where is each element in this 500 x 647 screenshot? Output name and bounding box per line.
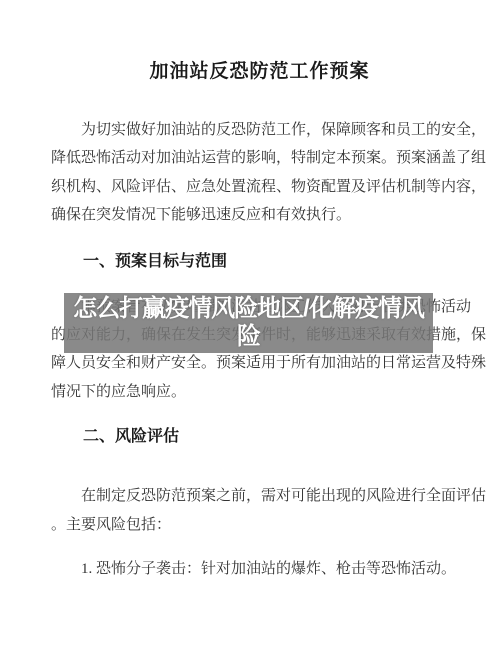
watermark-text-line: 险 [64,323,433,351]
section-heading-1: 一、预案目标与范围 [51,251,468,273]
section-heading-2: 二、风险评估 [51,426,468,448]
risk-list: 1. 恐怖分子袭击：针对加油站的爆炸、枪击等恐怖活动。 [51,555,468,583]
watermark-text-line: 怎么打赢疫情风险地区/化解疫情风 [64,295,433,323]
paragraph-line: 在制定反恐防范预案之前，需对可能出现的风险进行全面评估 [51,482,468,510]
intro-paragraph: 为切实做好加油站的反恐防范工作，保障顾客和员工的安全， 降低恐怖活动对加油站运营… [51,116,468,230]
document-page: 加油站反恐防范工作预案 为切实做好加油站的反恐防范工作，保障顾客和员工的安全， … [0,0,500,647]
risk-paragraph: 在制定反恐防范预案之前，需对可能出现的风险进行全面评估 。主要风险包括： [51,482,468,539]
risk-list-item-1: 1. 恐怖分子袭击：针对加油站的爆炸、枪击等恐怖活动。 [51,555,468,583]
paragraph-line: 降低恐怖活动对加油站运营的影响，特制定本预案。预案涵盖了组 [51,144,468,172]
paragraph-line: 障人员安全和财产安全。预案适用于所有加油站的日常运营及特殊 [51,349,468,377]
watermark-overlay: 怎么打赢疫情风险地区/化解疫情风 险 [64,293,433,353]
paragraph-line: 确保在突发情况下能够迅速反应和有效执行。 [51,201,468,229]
paragraph-line: 。主要风险包括： [51,511,468,539]
document-content: 加油站反恐防范工作预案 为切实做好加油站的反恐防范工作，保障顾客和员工的安全， … [0,0,500,583]
paragraph-line: 织机构、风险评估、应急处置流程、物资配置及评估机制等内容， [51,173,468,201]
paragraph-line: 情况下的应急响应。 [51,378,468,406]
paragraph-line: 为切实做好加油站的反恐防范工作，保障顾客和员工的安全， [51,116,468,144]
document-title: 加油站反恐防范工作预案 [51,58,468,86]
